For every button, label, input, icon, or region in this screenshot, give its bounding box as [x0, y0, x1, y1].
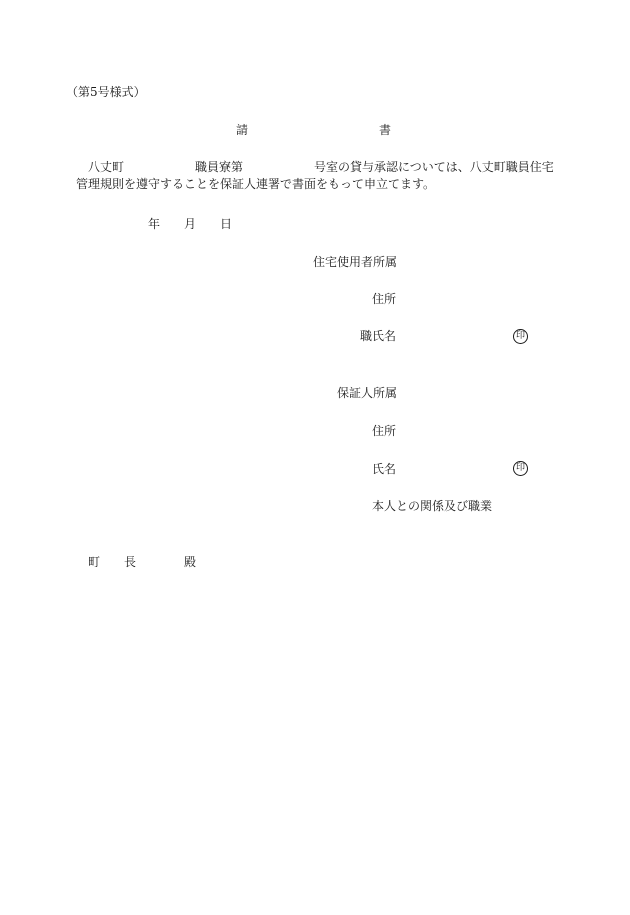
- guarantor-name-label: 氏名: [372, 462, 396, 476]
- form-number: （第5号様式）: [66, 85, 146, 99]
- title-char-2: 書: [379, 123, 391, 137]
- document-page: （第5号様式） 請 書 八丈町 職員寮第 号室の貸与承認については、八丈町職員住…: [0, 0, 630, 915]
- addressee-title-2: 長: [124, 555, 136, 569]
- occupant-address-label: 住所: [372, 292, 396, 306]
- occupant-name-label: 職氏名: [360, 329, 396, 343]
- guarantor-affiliation-label: 保証人所属: [337, 386, 397, 400]
- date-day: 日: [220, 217, 232, 231]
- seal-icon: 印: [513, 461, 528, 476]
- body-line2: 管理規則を遵守することを保証人連署で書面をもって申立てます。: [76, 177, 435, 191]
- seal-icon: 印: [513, 329, 528, 344]
- body-line1-rest: 号室の貸与承認については、八丈町職員住宅: [314, 160, 554, 174]
- body-dorm: 職員寮第: [195, 160, 243, 174]
- occupant-affiliation-label: 住宅使用者所属: [313, 255, 397, 269]
- guarantor-address-label: 住所: [372, 424, 396, 438]
- guarantor-relation-label: 本人との関係及び職業: [372, 499, 492, 513]
- title-char-1: 請: [236, 123, 248, 137]
- body-town: 八丈町: [88, 160, 124, 174]
- date-month: 月: [184, 217, 196, 231]
- addressee-honorific: 殿: [184, 555, 196, 569]
- date-year: 年: [148, 217, 160, 231]
- addressee-title-1: 町: [88, 555, 100, 569]
